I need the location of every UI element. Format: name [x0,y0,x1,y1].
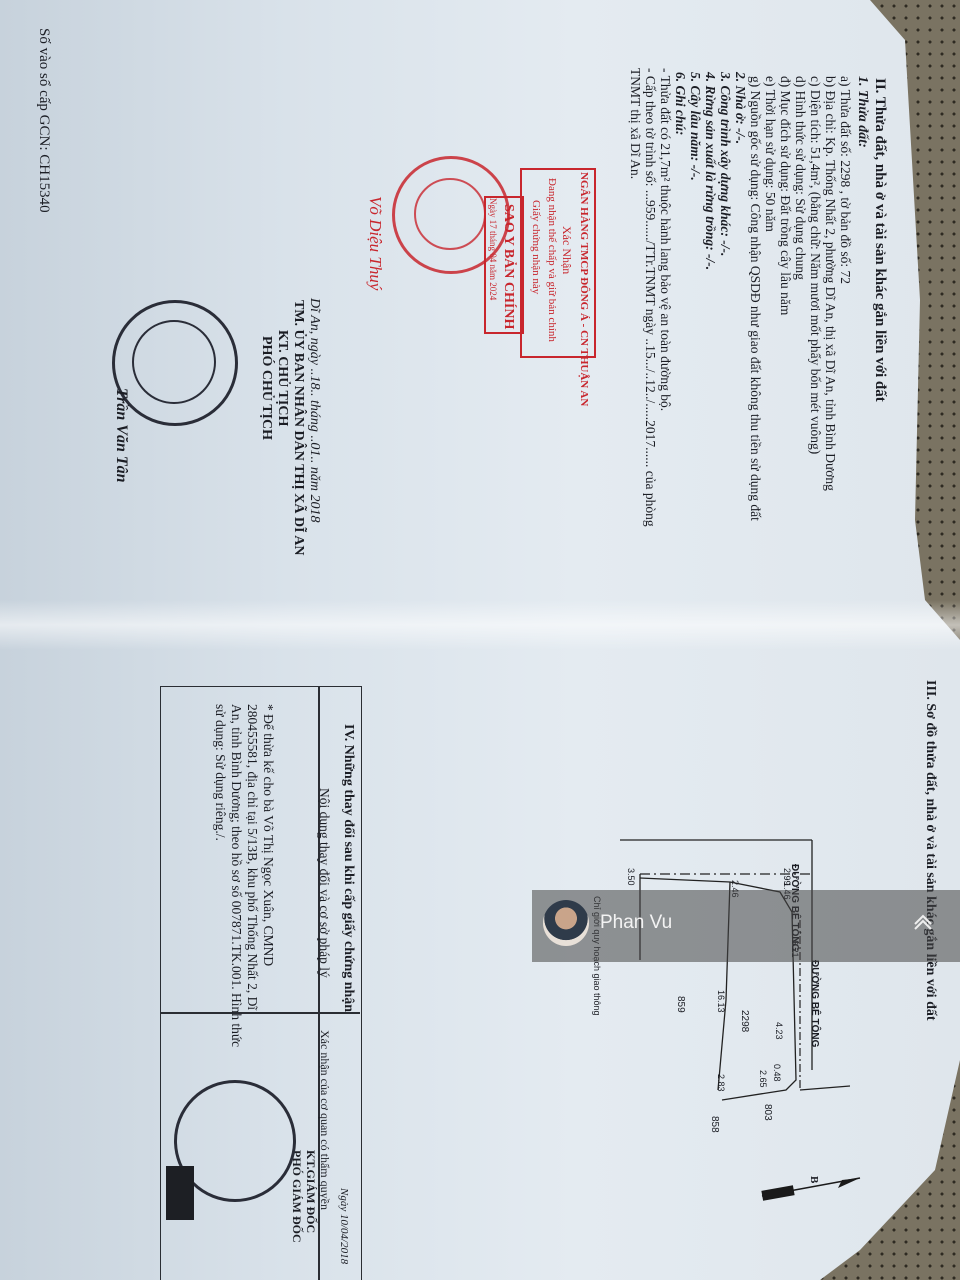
table-col-divider [160,1012,360,1014]
change-entry-line2: 280455581, địa chỉ tại 5/13B, khu phố Th… [244,704,260,1010]
avatar [543,900,589,946]
signature-kt: KT. CHỦ TỊCH [274,330,290,426]
section4-heading: IV. Những thay đổi sau khi cấp giấy chứn… [340,724,356,1012]
dim-0-48: 0.48 [772,1064,782,1082]
signature-date: Dĩ An, ngày ..18.. tháng ..01.. năm 2018 [306,298,322,523]
paper-fold [0,600,960,650]
note-office: TNMT thị xã Dĩ An. [627,68,643,179]
house-line: 2. Nhà ở: -/-. [732,72,748,144]
road-label-side: ĐƯỜNG BÊ TÔNG [809,960,820,1047]
section4-col1: Nội dung thay đổi và cơ sở pháp lý [316,788,332,978]
usage-term-line: e) Thời hạn sử dụng: 50 năm [762,76,778,232]
watermark-bar [532,890,960,962]
perennial-line: 5. Cây lâu năm: -/-. [687,72,703,181]
confirm-kt: KT.GIÁM ĐỐC [303,1150,318,1233]
address-line: b) Địa chỉ: Kp. Thống Nhất 2, phường Dĩ … [822,76,838,491]
change-entry-line1: * Để thừa kế cho bà Võ Thị Ngọc Xuân, CM… [260,704,276,966]
dim-4-23: 4.23 [774,1022,784,1040]
dim-16-13: 16.13 [716,990,726,1013]
usage-form-line: d) Hình thức sử dụng: Sử dụng chung [792,76,808,280]
bank-stamp-line3: Đang nhận thế chấp và giữ bản chính [546,178,558,342]
section2-item1-label: 1. Thửa đất: [854,76,870,148]
change-entry-line3: An, tỉnh Bình Dương; theo hồ sơ số 00787… [228,704,244,1047]
confirm-date: Ngày 10/04/2018 [338,1188,350,1264]
bank-stamp-line2: Xác Nhận [559,226,574,274]
notes-label: 6. Ghi chú: [672,72,688,135]
section3-heading: III. Sơ đồ thửa đất, nhà ở và tài sản kh… [922,680,938,1021]
usage-purpose-line: đ) Mục đích sử dụng: Đất trồng cây lâu n… [777,76,793,315]
section4-col2: Xác nhận của cơ quan có thẩm quyền [317,1030,332,1210]
signature-org: TM. ỦY BAN NHÂN DÂN THỊ XÃ DĨ AN [290,300,306,556]
signature-title: PHÓ CHỦ TỊCH [258,336,274,440]
neighbor-803: 803 [762,1104,773,1121]
signer-name: Trần Văn Tân [112,388,130,483]
section2-heading: II. Thửa đất, nhà ở và tài sản khác gắn … [871,78,888,402]
bank-stamp-line4: Giấy chứng nhận này [530,200,542,294]
change-entry-line4: sử dụng: Sử dụng riêng./. [212,704,228,841]
committee-seal-inner [132,320,216,404]
usage-origin-line: g) Nguồn gốc sử dụng: Công nhận QSDĐ như… [747,76,763,521]
neighbor-859: 859 [675,996,686,1013]
bank-signer: Võ Diệu Thuý [365,196,385,290]
bank-stamp-line1: NGÂN HÀNG TMCP ĐÔNG Á - CN THUẬN AN [578,172,590,406]
bank-seal-inner [414,178,486,250]
dim-2-83: 2.83 [716,1074,726,1092]
redaction-block [166,1166,194,1220]
neighbor-858: 858 [709,1116,720,1133]
construction-line: 3. Công trình xây dựng khác: -/-. [717,72,733,256]
parcel-number-label: 2298 [739,1010,750,1032]
watermark-username: Phan Vu [600,912,672,934]
forest-line: 4. Rừng sản xuất là rừng trồng: -/-. [702,72,718,270]
north-label: B [808,1176,820,1183]
note-corridor: - Thửa đất có 21,7m² thuộc hành lang bảo… [657,68,673,411]
parcel-number-line: a) Thửa đất số: 2298 , tờ bản đồ số: 72 [837,76,853,284]
layers-stack-icon [912,912,934,934]
registry-number: Số vào sổ cấp GCN: CH15340 [35,28,52,213]
dim-3-50: 3.50 [626,868,636,886]
dim-2-65: 2.65 [758,1070,768,1088]
area-line: c) Diện tích: 51,4m², (bằng chữ: Năm mươ… [807,76,823,454]
note-proposal: - Cấp theo tờ trình số: ...959....../TTr… [642,68,658,527]
